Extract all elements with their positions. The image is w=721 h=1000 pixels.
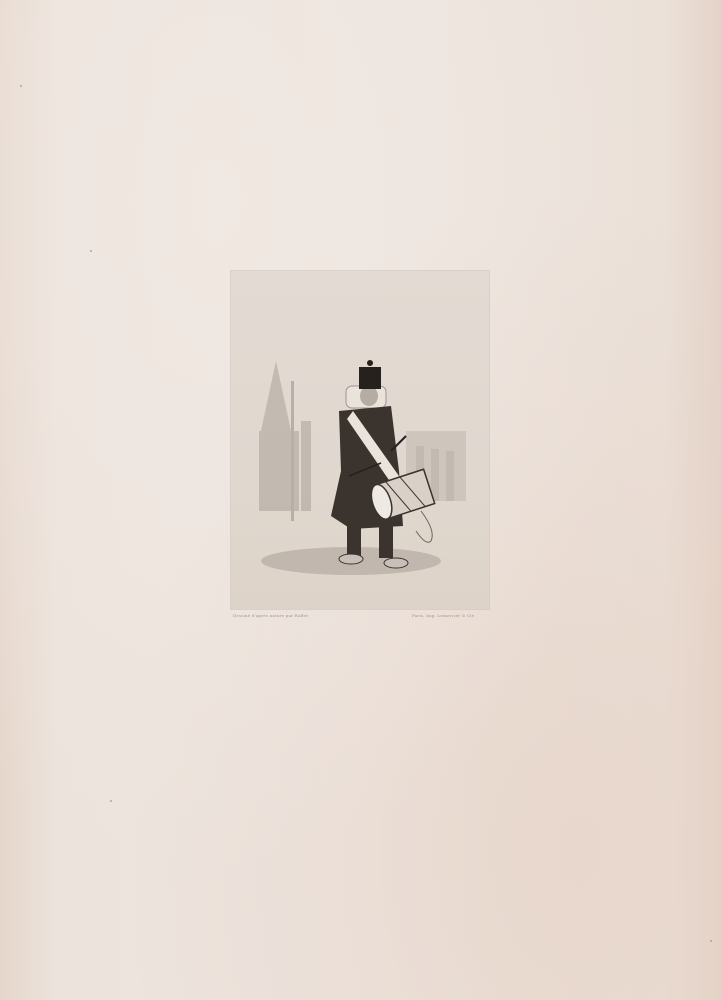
paper-speck — [710, 940, 712, 942]
lithograph-plate — [231, 271, 489, 609]
paper-speck — [20, 85, 22, 87]
drummer-illustration — [231, 271, 489, 609]
artist-caption: Dessiné d'après nature par Raffet — [233, 613, 308, 618]
paper-speck — [90, 250, 92, 252]
printer-caption: Paris, Imp. Lemercier & Cie — [412, 613, 474, 618]
paper-speck — [110, 800, 112, 802]
